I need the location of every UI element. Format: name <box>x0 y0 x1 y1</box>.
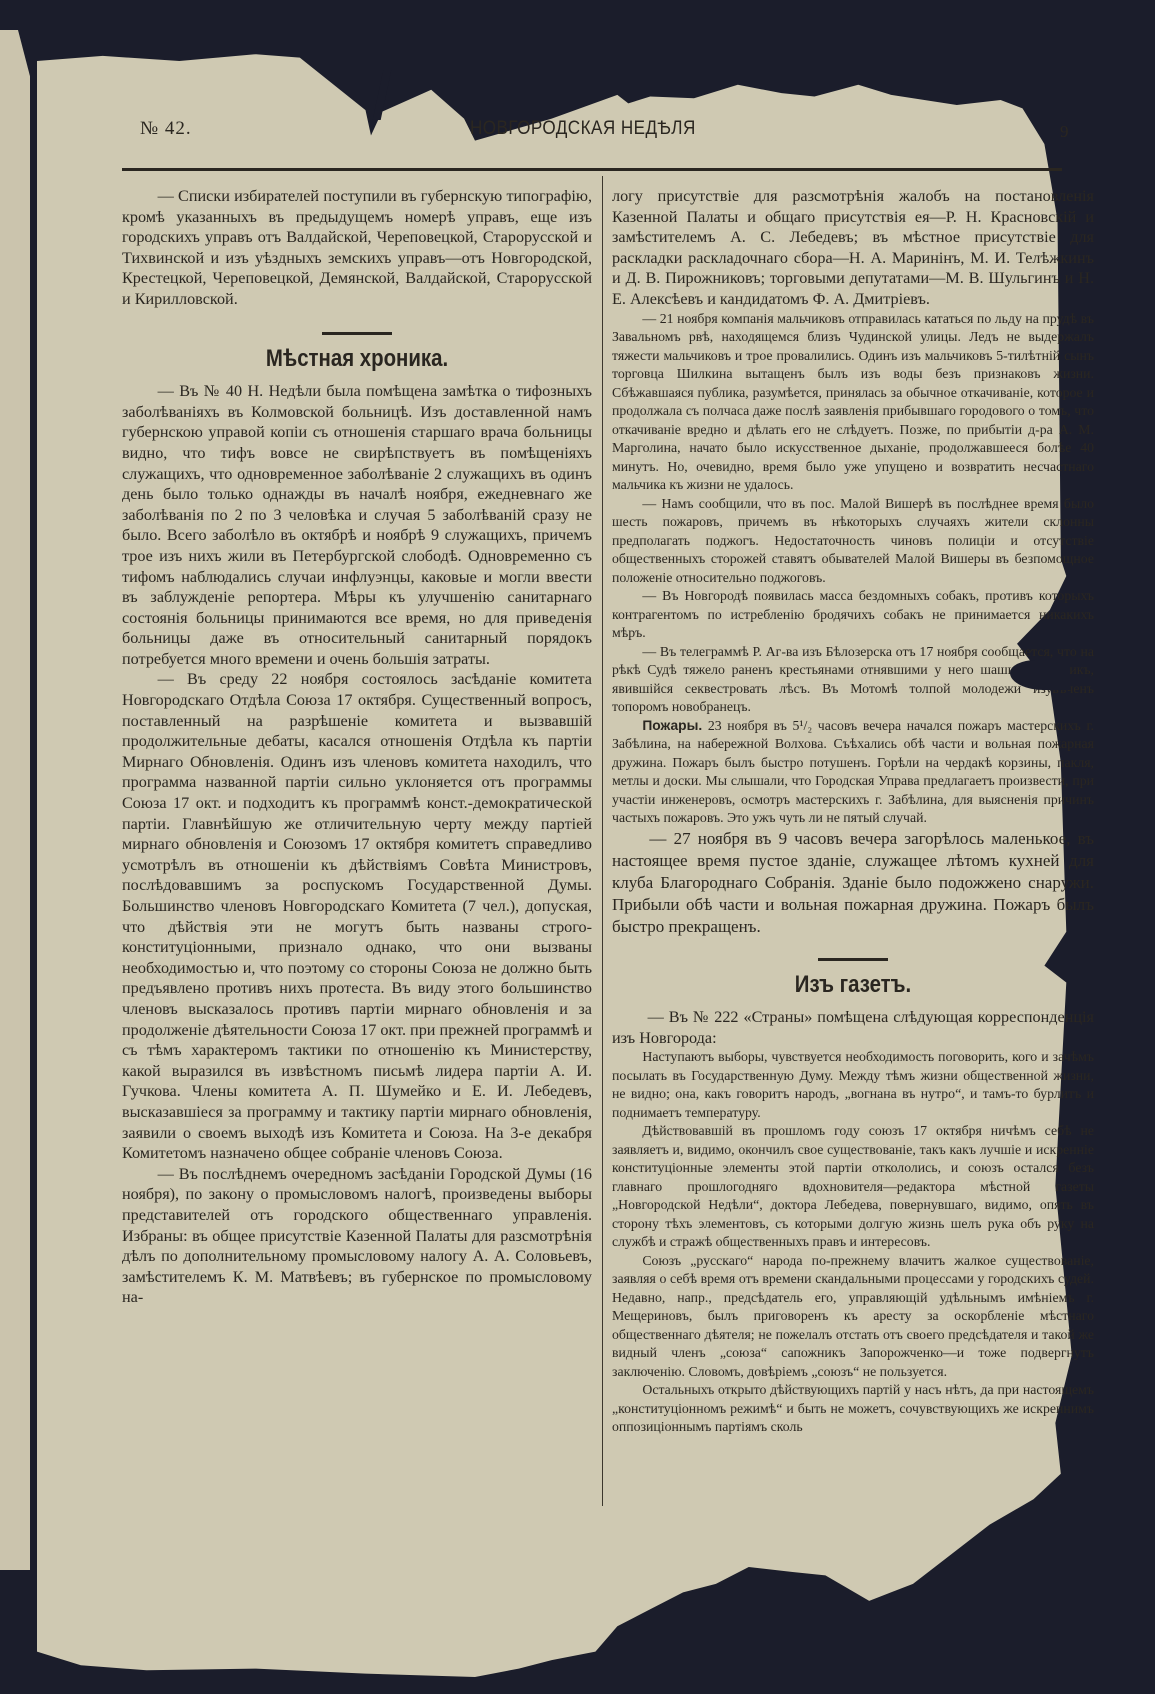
header-rule <box>122 168 1062 171</box>
page-number: 9 <box>1060 122 1069 142</box>
page-header: № 42. НОВГОРОДСКАЯ НЕДѢЛЯ 9 <box>100 118 1060 148</box>
press-paragraph: Союзъ „русскаго“ народа по-прежнему влач… <box>612 1252 1094 1382</box>
tax-continuation-paragraph: логу присутствіе для разсмотрѣнія жалобъ… <box>612 186 1094 310</box>
issue-number: № 42. <box>140 118 192 140</box>
section-title-from-newspapers: Изъ газетъ. <box>648 975 1058 996</box>
press-intro-paragraph: — Въ № 222 «Страны» помѣщена слѣдующая к… <box>612 1007 1094 1048</box>
press-paragraph: Наступаютъ выборы, чувствуется необходим… <box>612 1048 1094 1122</box>
city-duma-paragraph: — Въ послѣднемъ очередномъ засѣданіи Гор… <box>122 1164 592 1308</box>
section-title-local-chronicle: Мѣстная хроника. <box>157 349 557 370</box>
left-column: — Списки избирателей поступили въ губерн… <box>122 186 592 1308</box>
newspaper-title: НОВГОРОДСКАЯ НЕДѢЛЯ <box>470 118 696 140</box>
fires-paragraph: Пожары. 23 ноября въ 5¹/₂ часовъ вечера … <box>612 717 1094 828</box>
press-paragraph: Остальныхъ открыто дѣйствующихъ партій у… <box>612 1381 1094 1437</box>
press-paragraph: Дѣйствовавшій въ прошломъ году союзъ 17 … <box>612 1122 1094 1252</box>
boys-ice-paragraph: — 21 ноября компанія мальчиковъ отправил… <box>612 310 1094 495</box>
committee-meeting-paragraph: — Въ среду 22 ноября состоялось засѣдані… <box>122 669 592 1163</box>
hospital-typhus-paragraph: — Въ № 40 Н. Недѣли была помѣщена замѣтк… <box>122 381 592 669</box>
adjacent-page-edge <box>0 30 30 1570</box>
stray-dogs-paragraph: — Въ Новгородѣ появилась масса бездомных… <box>612 587 1094 643</box>
nov27-fire-paragraph: — 27 ноября въ 9 часовъ вечера загорѣлос… <box>612 828 1094 938</box>
voter-lists-paragraph: — Списки избирателей поступили въ губерн… <box>122 186 592 310</box>
right-column: логу присутствіе для разсмотрѣнія жалобъ… <box>612 186 1094 1437</box>
malaya-vishera-fires-paragraph: — Намъ сообщили, что въ пос. Малой Вишер… <box>612 495 1094 588</box>
fires-text: 23 ноября въ 5¹/₂ часовъ вечера начался … <box>612 718 1094 826</box>
column-divider <box>602 176 603 1506</box>
fires-heading: Пожары. <box>642 718 702 733</box>
